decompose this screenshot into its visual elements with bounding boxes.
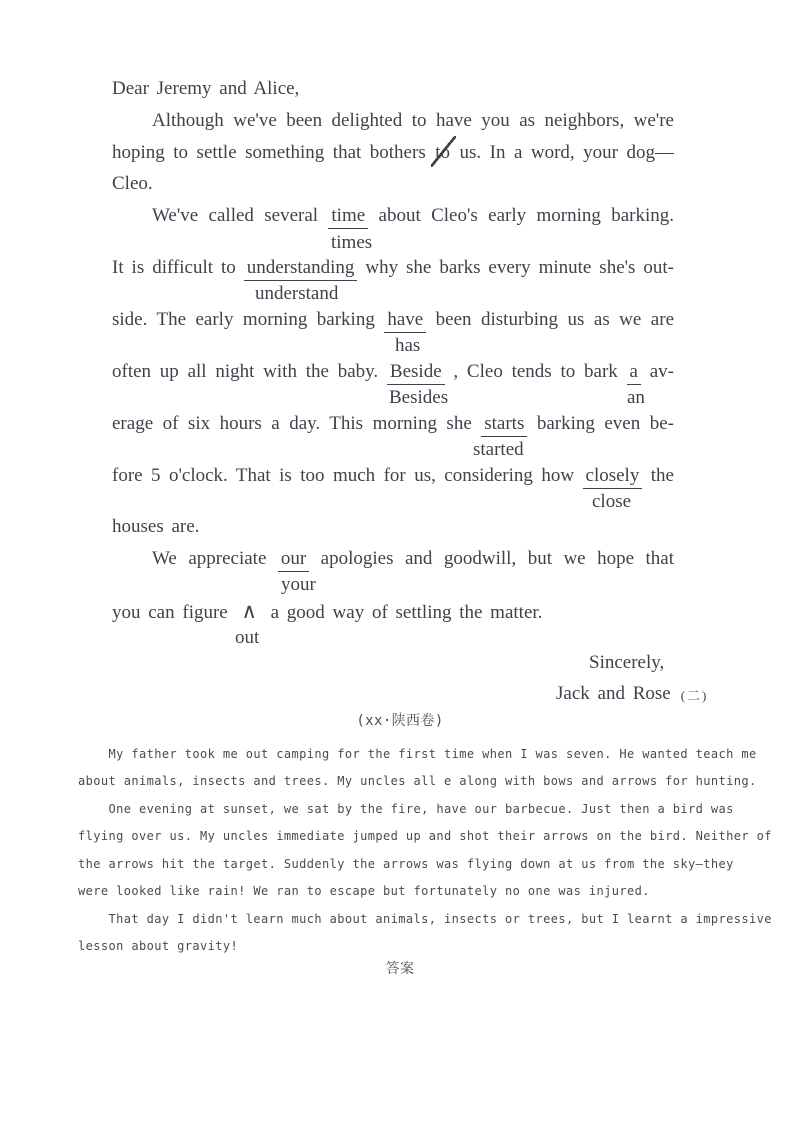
- error-word: starts: [481, 413, 527, 437]
- insertion-caret: ∧: [235, 599, 262, 623]
- text-segment: hoping to settle something that bothers: [112, 142, 434, 163]
- letter-line: fore 5 o'clock. That is too much for us,…: [112, 464, 674, 488]
- text-segment: out: [235, 627, 259, 648]
- text-segment: been disturbing us as we are: [426, 309, 674, 330]
- correction-word: times: [331, 231, 372, 255]
- text-segment: flying over us. My uncles immediate jump…: [78, 829, 772, 843]
- letter-line: you can figure ∧ a good way of settling …: [112, 599, 542, 625]
- text-segment: Sincerely,: [589, 652, 664, 673]
- text-segment: your: [281, 574, 316, 595]
- error-word: Beside: [387, 361, 445, 385]
- correction-word: out: [235, 626, 259, 650]
- error-word: closely: [583, 465, 643, 489]
- letter-line: side. The early morning barking have bee…: [112, 308, 674, 332]
- deleted-word: to: [434, 141, 451, 165]
- source-tag: (xx·陕西卷): [0, 712, 800, 730]
- letter-salutation: Dear Jeremy and Alice,: [112, 77, 299, 101]
- text-segment: Jack and Rose: [556, 683, 671, 704]
- correction-word: Besides: [389, 386, 448, 410]
- passage-line: were looked like rain! We ran to escape …: [78, 882, 650, 900]
- text-segment: That day I didn't learn much about anima…: [78, 912, 772, 926]
- text-segment: about animals, insects and trees. My unc…: [78, 774, 757, 788]
- text-segment: fore 5 o'clock. That is too much for us,…: [112, 465, 583, 486]
- text-segment: Cleo.: [112, 173, 153, 194]
- text-segment: houses are.: [112, 516, 199, 537]
- letter-line: We appreciate our apologies and goodwill…: [152, 547, 674, 571]
- text-segment: av-: [641, 361, 674, 382]
- error-word: a: [627, 361, 641, 385]
- text-segment: often up all night with the baby.: [112, 361, 387, 382]
- error-word: time: [328, 205, 368, 229]
- text-segment: Although we've been delighted to have yo…: [152, 110, 674, 131]
- correction-word: close: [592, 490, 631, 514]
- error-word: understanding: [244, 257, 358, 281]
- text-segment: 答案: [386, 961, 415, 977]
- text-segment: One evening at sunset, we sat by the fir…: [78, 802, 734, 816]
- text-segment: us. In a word, your dog—: [451, 142, 674, 163]
- text-segment: understand: [255, 283, 338, 304]
- letter-line: We've called several time about Cleo's e…: [152, 204, 674, 228]
- text-segment: We appreciate: [152, 548, 278, 569]
- text-segment: close: [592, 491, 631, 512]
- error-word: have: [384, 309, 426, 333]
- passage-line: flying over us. My uncles immediate jump…: [78, 827, 772, 845]
- text-segment: lesson about gravity!: [78, 939, 238, 953]
- passage-line: My father took me out camping for the fi…: [78, 745, 757, 763]
- document-page: Dear Jeremy and Alice,Although we've bee…: [0, 0, 800, 1132]
- section-two-marker: (二): [671, 688, 709, 703]
- text-segment: (xx·陕西卷): [356, 713, 443, 729]
- text-segment: were looked like rain! We ran to escape …: [78, 884, 650, 898]
- text-segment: It is difficult to: [112, 257, 244, 278]
- text-segment: has: [395, 335, 420, 356]
- text-segment: side. The early morning barking: [112, 309, 384, 330]
- text-segment: , Cleo tends to bark: [445, 361, 627, 382]
- text-segment: We've called several: [152, 205, 328, 226]
- letter-line: hoping to settle something that bothers …: [112, 141, 674, 165]
- text-segment: an: [627, 387, 645, 408]
- correction-word: your: [281, 573, 316, 597]
- passage-line: One evening at sunset, we sat by the fir…: [78, 800, 734, 818]
- letter-line: often up all night with the baby. Beside…: [112, 360, 674, 384]
- passage-line: That day I didn't learn much about anima…: [78, 910, 772, 928]
- text-segment: why she barks every minute she's out-: [357, 257, 674, 278]
- answer-label: 答案: [0, 960, 800, 978]
- correction-word: has: [395, 334, 420, 358]
- letter-line: It is difficult to understanding why she…: [112, 256, 674, 280]
- text-segment: barking even be-: [527, 413, 674, 434]
- correction-word: understand: [255, 282, 338, 306]
- text-segment: apologies and goodwill, but we hope that: [309, 548, 674, 569]
- letter-line: houses are.: [112, 515, 199, 539]
- signature-closing: Sincerely,: [589, 651, 664, 675]
- letter-line: Cleo.: [112, 172, 153, 196]
- text-segment: about Cleo's early morning barking.: [368, 205, 674, 226]
- signature-name: Jack and Rose(二): [556, 682, 708, 707]
- text-segment: the arrows hit the target. Suddenly the …: [78, 857, 734, 871]
- text-segment: the: [642, 465, 674, 486]
- letter-line: erage of six hours a day. This morning s…: [112, 412, 674, 436]
- correction-word: started: [473, 438, 524, 462]
- letter-line: Although we've been delighted to have yo…: [152, 109, 674, 133]
- passage-line: about animals, insects and trees. My unc…: [78, 772, 757, 790]
- text-segment: times: [331, 232, 372, 253]
- text-segment: Dear Jeremy and Alice,: [112, 78, 299, 99]
- error-word: our: [278, 548, 309, 572]
- passage-line: the arrows hit the target. Suddenly the …: [78, 855, 734, 873]
- text-segment: a good way of settling the matter.: [263, 602, 543, 623]
- text-segment: Besides: [389, 387, 448, 408]
- correction-word: an: [627, 386, 645, 410]
- passage-line: lesson about gravity!: [78, 937, 238, 955]
- text-segment: you can figure: [112, 602, 235, 623]
- text-segment: My father took me out camping for the fi…: [78, 747, 757, 761]
- text-segment: started: [473, 439, 524, 460]
- text-segment: erage of six hours a day. This morning s…: [112, 413, 481, 434]
